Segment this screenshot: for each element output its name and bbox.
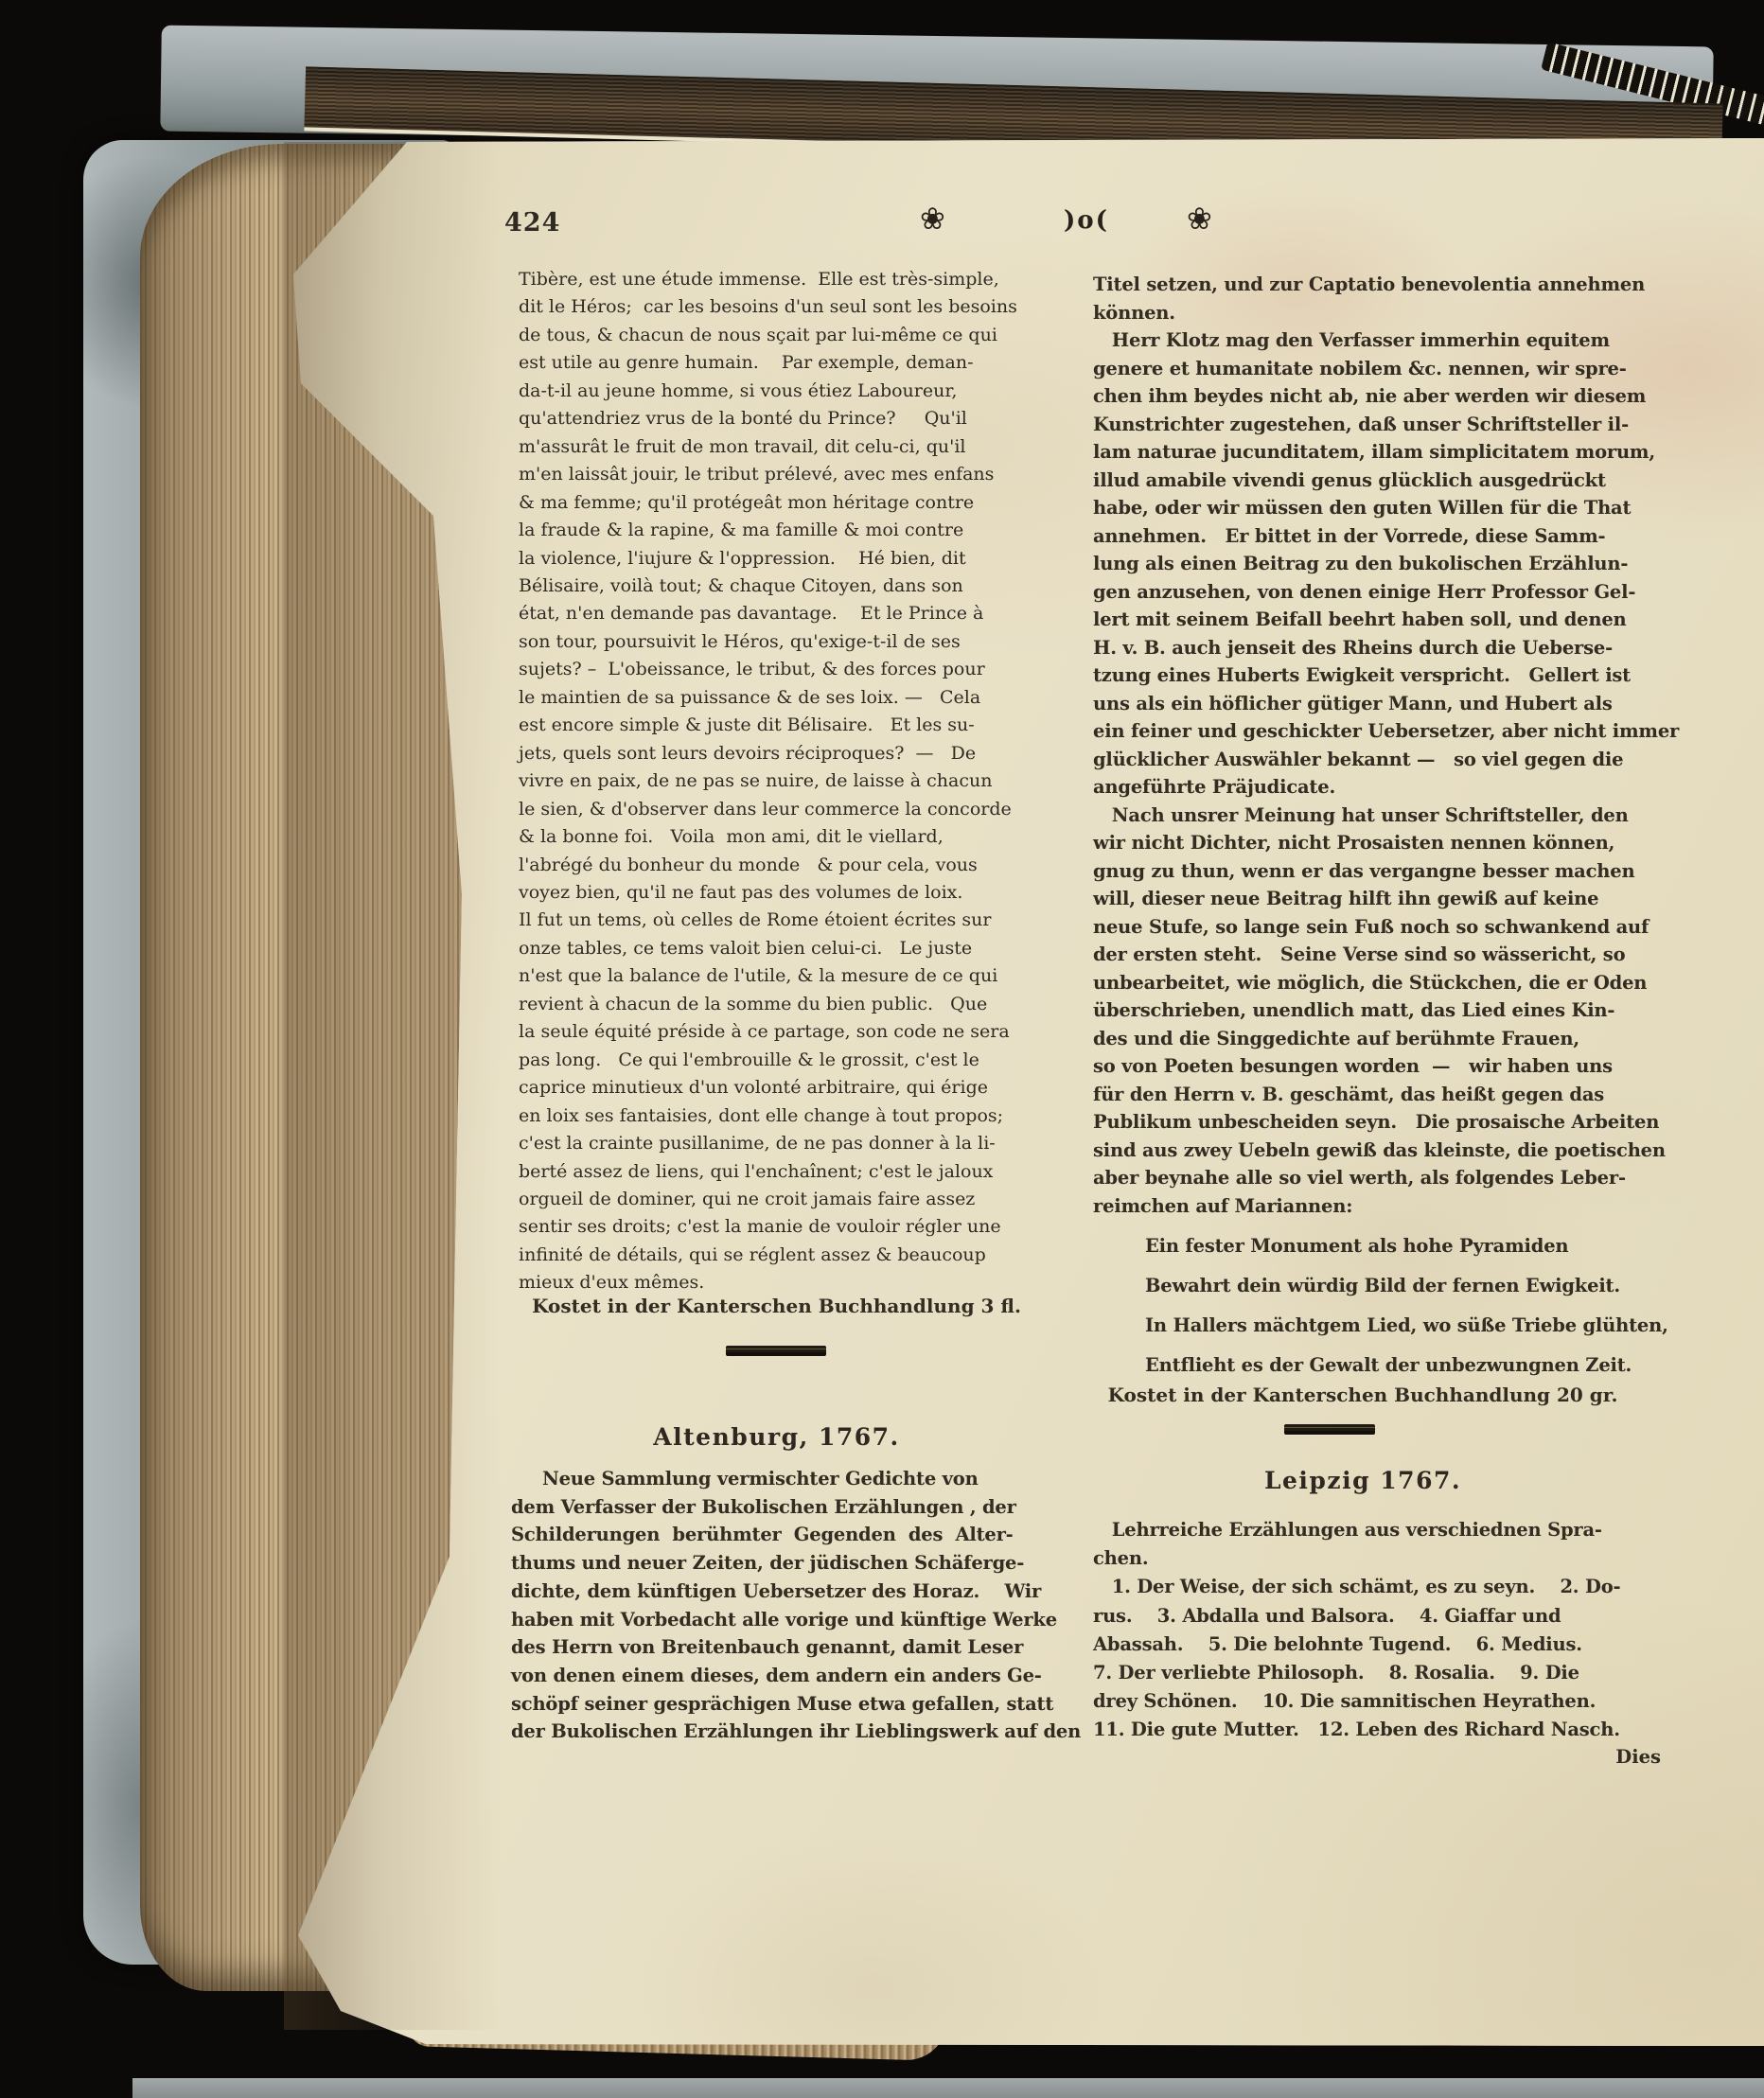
german-text-line: habe, oder wir müssen den guten Willen f…	[1093, 494, 1640, 522]
german-text-line: illud amabile vivendi genus glücklich au…	[1093, 467, 1640, 495]
french-text-line: Il fut un tems, où celles de Rome étoien…	[519, 907, 1037, 934]
section-divider-rule	[726, 1346, 826, 1356]
german-text-line: dichte, dem künftigen Uebersetzer des Ho…	[511, 1578, 1041, 1606]
german-text-line: angeführte Präjudicate.	[1093, 773, 1640, 802]
french-text-line: caprice minutieux d'un volonté arbitrair…	[519, 1074, 1037, 1102]
german-text-line: will, dieser neue Beitrag hilft ihn gewi…	[1093, 885, 1640, 913]
story-list-text: Lehrreiche Erzählungen aus verschiednen …	[1093, 1516, 1642, 1745]
german-text-line: gnug zu thun, wenn er das vergangne bess…	[1093, 857, 1640, 886]
verse-line: In Hallers mächtgem Lied, wo süße Triebe…	[1145, 1306, 1661, 1346]
german-text-line: uns als ein höflicher gütiger Mann, und …	[1093, 690, 1640, 718]
list-text-line: Lehrreiche Erzählungen aus verschiednen …	[1093, 1516, 1642, 1544]
french-text-line: en loix ses fantaisies, dont elle change…	[519, 1102, 1037, 1130]
german-text-line: können.	[1093, 299, 1640, 327]
german-text-line: der ersten steht. Seine Verse sind so wä…	[1093, 941, 1640, 969]
catchword: Dies	[1093, 1746, 1661, 1768]
german-text-line: dem Verfasser der Bukolischen Erzählunge…	[511, 1493, 1041, 1522]
german-text-line: neue Stufe, so lange sein Fuß noch so sc…	[1093, 913, 1640, 942]
list-text-line: 1. Der Weise, der sich schämt, es zu sey…	[1093, 1573, 1642, 1601]
german-text-line: Kunstrichter zugestehen, daß unser Schri…	[1093, 411, 1640, 439]
french-text-line: mieux d'eux mêmes.	[519, 1269, 1037, 1296]
scanned-book-photo: 424 ❀ )o( ❀ Tibère, est une étude immens…	[0, 0, 1764, 2098]
german-text-line: genere et humanitate nobilem &c. nennen,…	[1093, 355, 1640, 383]
french-text-line: vivre en paix, de ne pas se nuire, de la…	[519, 767, 1037, 795]
french-text-line: onze tables, ce tems valoit bien celui-c…	[519, 935, 1037, 962]
german-text-line: unbearbeitet, wie möglich, die Stückchen…	[1093, 969, 1640, 997]
german-text-line: annehmen. Er bittet in der Vorrede, dies…	[1093, 522, 1640, 551]
verse-line: Entflieht es der Gewalt der unbezwungnen…	[1145, 1346, 1661, 1385]
french-text-line: n'est que la balance de l'utile, & la me…	[519, 962, 1037, 990]
verse-line: Bewahrt dein würdig Bild der fernen Ewig…	[1145, 1266, 1661, 1306]
german-text-line: Herr Klotz mag den Verfasser immerhin eq…	[1093, 326, 1640, 355]
epigram-verse: Ein fester Monument als hohe PyramidenBe…	[1145, 1226, 1661, 1385]
french-text-line: qu'attendriez vrus de la bonté du Prince…	[519, 405, 1037, 432]
french-text-line: & la bonne foi. Voila mon ami, dit le vi…	[519, 823, 1037, 851]
french-text-line: m'assurât le fruit de mon travail, dit c…	[519, 433, 1037, 461]
left-column-french-text: Tibère, est une étude immense. Elle est …	[519, 266, 1037, 1297]
german-text-line: des und die Singgedichte auf berühmte Fr…	[1093, 1025, 1640, 1053]
right-price-line: Kostet in der Kanterschen Buchhandlung 2…	[1093, 1384, 1632, 1406]
french-text-line: la violence, l'iujure & l'oppression. Hé…	[519, 545, 1037, 573]
german-text-line: des Herrn von Breitenbauch genannt, dami…	[511, 1633, 1041, 1662]
list-text-line: 7. Der verliebte Philosoph. 8. Rosalia. …	[1093, 1659, 1642, 1687]
french-text-line: est encore simple & juste dit Bélisaire.…	[519, 712, 1037, 739]
german-text-line: gen anzusehen, von denen einige Herr Pro…	[1093, 578, 1640, 607]
scanner-bed-strip	[132, 2078, 1764, 2098]
french-text-line: la seule équité préside à ce partage, so…	[519, 1018, 1037, 1046]
german-text-line: Nach unsrer Meinung hat unser Schriftste…	[1093, 802, 1640, 830]
german-text-line: sind aus zwey Uebeln gewiß das kleinste,…	[1093, 1137, 1640, 1165]
german-text-line: thums und neuer Zeiten, der jüdischen Sc…	[511, 1549, 1041, 1578]
german-text-line: reimchen auf Mariannen:	[1093, 1192, 1640, 1221]
german-text-line: H. v. B. auch jenseit des Rheins durch d…	[1093, 634, 1640, 662]
right-column-german-text: Titel setzen, und zur Captatio benevolen…	[1093, 271, 1640, 1220]
german-text-line: lung als einen Beitrag zu den bukolische…	[1093, 550, 1640, 578]
german-text-line: haben mit Vorbedacht alle vorige und kün…	[511, 1606, 1041, 1634]
german-text-line: tzung eines Huberts Ewigkeit verspricht.…	[1093, 661, 1640, 690]
list-text-line: Abassah. 5. Die belohnte Tugend. 6. Medi…	[1093, 1631, 1642, 1659]
german-text-line: für den Herrn v. B. geschämt, das heißt …	[1093, 1081, 1640, 1109]
french-text-line: le sien, & d'observer dans leur commerce…	[519, 796, 1037, 823]
french-text-line: c'est la crainte pusillanime, de ne pas …	[519, 1130, 1037, 1157]
section-heading-altenburg: Altenburg, 1767.	[519, 1423, 1034, 1451]
left-column-german-text: Neue Sammlung vermischter Gedichte vonde…	[511, 1465, 1041, 1746]
section-divider-rule	[1284, 1424, 1375, 1435]
verse-line: Ein fester Monument als hohe Pyramiden	[1145, 1226, 1661, 1266]
french-text-line: l'abrégé du bonheur du monde & pour cela…	[519, 852, 1037, 879]
french-text-line: sentir ses droits; c'est la manie de vou…	[519, 1213, 1037, 1241]
french-text-line: jets, quels sont leurs devoirs réciproqu…	[519, 740, 1037, 767]
german-text-line: Publikum unbescheiden seyn. Die prosaisc…	[1093, 1108, 1640, 1137]
german-text-line: schöpf seiner gesprächigen Muse etwa gef…	[511, 1690, 1041, 1719]
french-text-line: la fraude & la rapine, & ma famille & mo…	[519, 517, 1037, 544]
french-text-line: dit le Héros; car les besoins d'un seul …	[519, 293, 1037, 321]
german-text-line: ein feiner und geschickter Uebersetzer, …	[1093, 717, 1640, 746]
german-text-line: Schilderungen berühmter Gegenden des Alt…	[511, 1521, 1041, 1549]
french-text-line: pas long. Ce qui l'embrouille & le gross…	[519, 1047, 1037, 1074]
german-text-line: chen ihm beydes nicht ab, nie aber werde…	[1093, 382, 1640, 411]
french-text-line: Tibère, est une étude immense. Elle est …	[519, 266, 1037, 293]
german-text-line: lam naturae jucunditatem, illam simplici…	[1093, 438, 1640, 467]
german-text-line: von denen einem dieses, dem andern ein a…	[511, 1662, 1041, 1690]
german-text-line: der Bukolischen Erzählungen ihr Liebling…	[511, 1718, 1041, 1746]
french-text-line: état, n'en demande pas davantage. Et le …	[519, 600, 1037, 627]
german-text-line: aber beynahe alle so viel werth, als fol…	[1093, 1164, 1640, 1192]
german-text-line: wir nicht Dichter, nicht Prosaisten nenn…	[1093, 829, 1640, 857]
signature-mark: )o(	[1064, 206, 1109, 235]
printer-ornament-icon: ❀	[1187, 201, 1212, 237]
list-text-line: drey Schönen. 10. Die samnitischen Heyra…	[1093, 1687, 1642, 1716]
printer-ornament-icon: ❀	[920, 201, 945, 237]
german-text-line: Titel setzen, und zur Captatio benevolen…	[1093, 271, 1640, 299]
french-text-line: sujets? – L'obeissance, le tribut, & des…	[519, 656, 1037, 683]
french-text-line: de tous, & chacun de nous sçait par lui-…	[519, 322, 1037, 349]
section-heading-leipzig: Leipzig 1767.	[1093, 1467, 1632, 1494]
left-price-line: Kostet in der Kanterschen Buchhandlung 3…	[519, 1295, 1034, 1317]
french-text-line: Bélisaire, voilà tout; & chaque Citoyen,…	[519, 573, 1037, 600]
german-text-line: glücklicher Auswähler bekannt — so viel …	[1093, 746, 1640, 774]
german-text-line: überschrieben, unendlich matt, das Lied …	[1093, 996, 1640, 1025]
german-text-line: lert mit seinem Beifall beehrt haben sol…	[1093, 606, 1640, 634]
german-text-line: so von Poeten besungen worden — wir habe…	[1093, 1052, 1640, 1081]
french-text-line: le maintien de sa puissance & de ses loi…	[519, 684, 1037, 712]
page-number: 424	[504, 208, 560, 238]
french-text-line: voyez bien, qu'il ne faut pas des volume…	[519, 879, 1037, 907]
french-text-line: son tour, poursuivit le Héros, qu'exige-…	[519, 628, 1037, 656]
french-text-line: est utile au genre humain. Par exemple, …	[519, 349, 1037, 377]
french-text-line: m'en laissât jouir, le tribut prélevé, a…	[519, 461, 1037, 488]
french-text-line: orgueil de dominer, qui ne croit jamais …	[519, 1186, 1037, 1213]
french-text-line: infinité de détails, qui se réglent asse…	[519, 1242, 1037, 1269]
list-text-line: rus. 3. Abdalla und Balsora. 4. Giaffar …	[1093, 1602, 1642, 1631]
french-text-line: da-t-il au jeune homme, si vous étiez La…	[519, 378, 1037, 405]
list-text-line: 11. Die gute Mutter. 12. Leben des Richa…	[1093, 1716, 1642, 1744]
french-text-line: & ma femme; qu'il protégeât mon héritage…	[519, 489, 1037, 517]
german-text-line: Neue Sammlung vermischter Gedichte von	[511, 1465, 1041, 1493]
french-text-line: revient à chacun de la somme du bien pub…	[519, 991, 1037, 1018]
list-text-line: chen.	[1093, 1544, 1642, 1573]
french-text-line: berté assez de liens, qui l'enchaînent; …	[519, 1158, 1037, 1186]
